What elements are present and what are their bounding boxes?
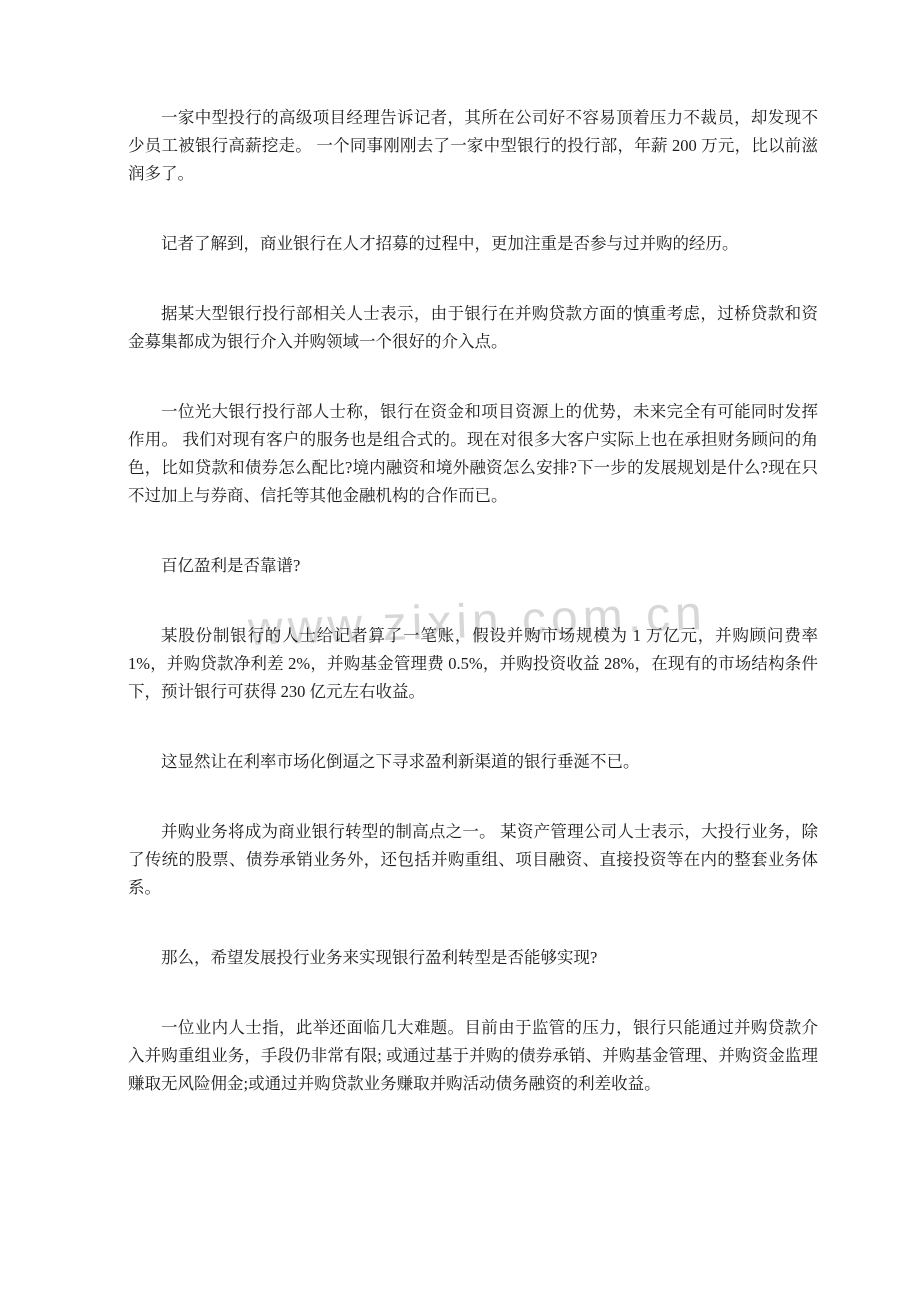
paragraph: 并购业务将成为商业银行转型的制高点之一。 某资产管理公司人士表示，大投行业务，除… bbox=[128, 818, 818, 902]
paragraph: 那么，希望发展投行业务来实现银行盈利转型是否能够实现? bbox=[128, 944, 818, 972]
paragraph: 一位业内人士指，此举还面临几大难题。目前由于监管的压力，银行只能通过并购贷款介入… bbox=[128, 1014, 818, 1098]
paragraph: 某股份制银行的人士给记者算了一笔账，假设并购市场规模为 1 万亿元，并购顾问费率… bbox=[128, 622, 818, 706]
paragraph: 一家中型投行的高级项目经理告诉记者，其所在公司好不容易顶着压力不裁员，却发现不少… bbox=[128, 104, 818, 188]
paragraph: 据某大型银行投行部相关人士表示，由于银行在并购贷款方面的慎重考虑，过桥贷款和资金… bbox=[128, 300, 818, 356]
section-heading: 百亿盈利是否靠谱? bbox=[128, 552, 818, 580]
document-body: 一家中型投行的高级项目经理告诉记者，其所在公司好不容易顶着压力不裁员，却发现不少… bbox=[128, 104, 818, 1098]
paragraph: 记者了解到，商业银行在人才招募的过程中，更加注重是否参与过并购的经历。 bbox=[128, 230, 818, 258]
document-page: www.zixin.com.cn 一家中型投行的高级项目经理告诉记者，其所在公司… bbox=[0, 0, 920, 1302]
paragraph: 这显然让在利率市场化倒逼之下寻求盈利新渠道的银行垂涎不已。 bbox=[128, 748, 818, 776]
paragraph: 一位光大银行投行部人士称，银行在资金和项目资源上的优势，未来完全有可能同时发挥作… bbox=[128, 398, 818, 510]
